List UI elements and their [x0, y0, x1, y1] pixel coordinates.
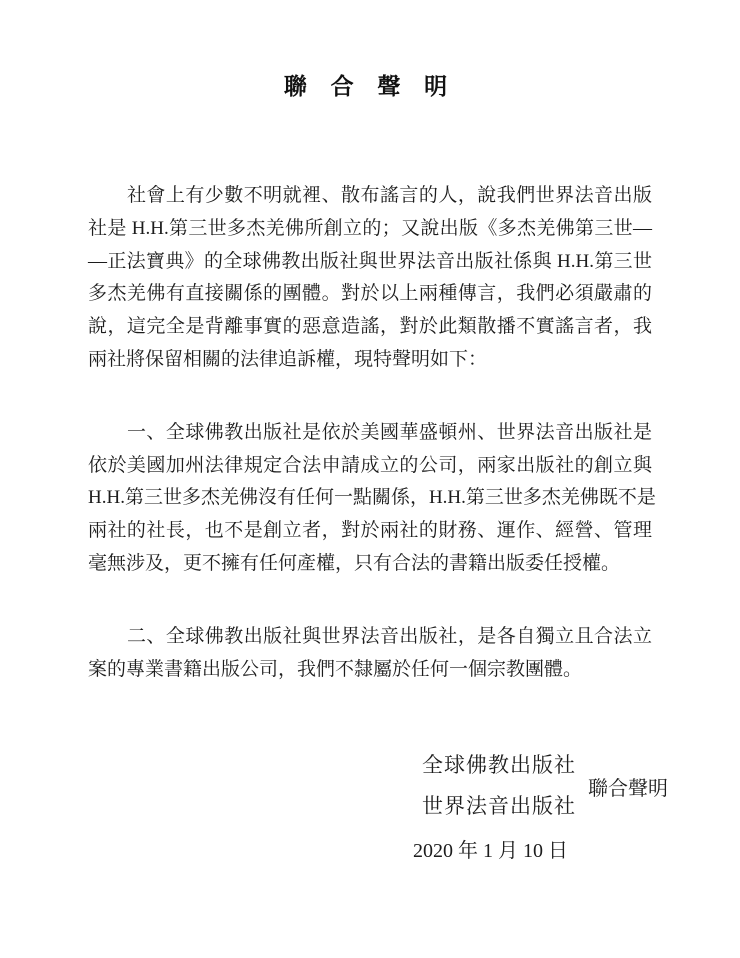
text-line: H.H.第三世多杰羌佛沒有任何一點關係，H.H.第三世多杰羌佛既不是	[88, 482, 652, 515]
signature-org-2: 世界法音出版社	[422, 786, 576, 827]
signature-block: 全球佛教出版社 世界法音出版社 聯合聲明 2020 年 1 月 10 日	[413, 745, 683, 866]
text-line: 毫無涉及，更不擁有任何產權，只有合法的書籍出版委任授權。	[88, 548, 652, 581]
signature-date: 2020 年 1 月 10 日	[413, 836, 683, 866]
signature-label: 聯合聲明	[588, 772, 668, 801]
signature-orgs: 全球佛教出版社 世界法音出版社	[422, 745, 576, 827]
document-title: 聯 合 聲 明	[88, 70, 652, 104]
text-line: 兩社的社長，也不是創立者，對於兩社的財務、運作、經營、管理	[88, 515, 652, 548]
document-page: 聯 合 聲 明 社會上有少數不明就裡、散布謠言的人，說我們世界法音出版社是 H.…	[0, 0, 740, 958]
text-line: 社會上有少數不明就裡、散布謠言的人，說我們世界法音出版	[88, 180, 652, 213]
document-body: 社會上有少數不明就裡、散布謠言的人，說我們世界法音出版社是 H.H.第三世多杰羌…	[88, 180, 652, 686]
text-line: 兩社將保留相關的法律追訴權，現特聲明如下：	[88, 344, 652, 377]
text-line: 說，這完全是背離事實的惡意造謠，對於此類散播不實謠言者，我	[88, 311, 652, 344]
paragraph-intro: 社會上有少數不明就裡、散布謠言的人，說我們世界法音出版社是 H.H.第三世多杰羌…	[88, 180, 652, 377]
paragraph-point-two: 二、全球佛教出版社與世界法音出版社，是各自獨立且合法立案的專業書籍出版公司，我們…	[88, 621, 652, 687]
paragraph-point-one: 一、全球佛教出版社是依於美國華盛頓州、世界法音出版社是依於美國加州法律規定合法申…	[88, 417, 652, 581]
text-line: 案的專業書籍出版公司，我們不隸屬於任何一個宗教團體。	[88, 654, 652, 687]
text-line: 二、全球佛教出版社與世界法音出版社，是各自獨立且合法立	[88, 621, 652, 654]
text-line: 依於美國加州法律規定合法申請成立的公司，兩家出版社的創立與	[88, 450, 652, 483]
text-line: —正法寶典》的全球佛教出版社與世界法音出版社係與 H.H.第三世	[88, 246, 652, 279]
signature-org-1: 全球佛教出版社	[422, 745, 576, 786]
signature-row: 全球佛教出版社 世界法音出版社 聯合聲明	[413, 745, 683, 827]
text-line: 多杰羌佛有直接關係的團體。對於以上兩種傳言，我們必須嚴肅的	[88, 278, 652, 311]
text-line: 社是 H.H.第三世多杰羌佛所創立的；又說出版《多杰羌佛第三世—	[88, 213, 652, 246]
text-line: 一、全球佛教出版社是依於美國華盛頓州、世界法音出版社是	[88, 417, 652, 450]
